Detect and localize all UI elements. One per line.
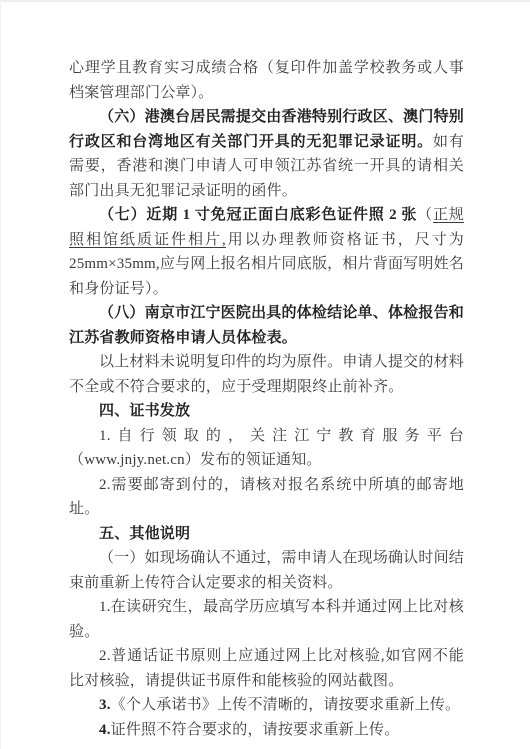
- paragraph-note-3: 3.《个人承诺书》上传不清晰的，请按要求重新上传。: [69, 693, 464, 718]
- body-text: 1.在读研究生，最高学历应填写本科并通过网上比对核验。: [69, 599, 464, 640]
- body-text: 《个人承诺书》上传不清晰的，请按要求重新上传。: [111, 697, 461, 713]
- paragraph-item-seven: （七）近期 1 寸免冠正面白底彩色证件照 2 张（正规照相馆纸质证件相片,用以办…: [69, 203, 464, 301]
- body-text-bold: （八）南京市江宁医院出具的体检结论单、体检报告和江苏省教师资格申请人员体检表。: [69, 305, 464, 346]
- paragraph-pickup-2: 2.需要邮寄到付的，请核对报名系统中所填的邮寄地址。: [69, 473, 464, 522]
- body-text-bold: （七）近期 1 寸免冠正面白底彩色证件照 2 张: [99, 207, 417, 223]
- body-text: 2.普通话证书原则上应通过网上比对核验,如官网不能比对核验，请提供证书原件和能核…: [69, 648, 464, 689]
- paragraph-continuation: 心理学且教育实习成绩合格（复印件加盖学校教务或人事档案管理部门公章）。: [69, 56, 464, 105]
- paragraph-note-1: 1.在读研究生，最高学历应填写本科并通过网上比对核验。: [69, 595, 464, 644]
- heading-text: 五、其他说明: [99, 526, 190, 542]
- body-text: 心理学且教育实习成绩合格（复印件加盖学校教务或人事档案管理部门公章）。: [69, 60, 464, 101]
- paragraph-note-4: 4.证件照不符合要求的，请按要求重新上传。: [69, 718, 464, 743]
- paragraph-other-one: （一）如现场确认不通过，需申请人在现场确认时间结束前重新上传符合认定要求的相关资…: [69, 546, 464, 595]
- body-text: 以上材料未说明复印件的均为原件。申请人提交的材料不全或不符合要求的，应于受理期限…: [69, 354, 464, 395]
- paragraph-materials-note: 以上材料未说明复印件的均为原件。申请人提交的材料不全或不符合要求的，应于受理期限…: [69, 350, 464, 399]
- section-five-heading: 五、其他说明: [69, 522, 464, 547]
- body-text: 证件照不符合要求的，请按要求重新上传。: [111, 722, 400, 738]
- document-page: 心理学且教育实习成绩合格（复印件加盖学校教务或人事档案管理部门公章）。 （六）港…: [0, 0, 530, 749]
- paragraph-pickup-1: 1.自行领取的，关注江宁教育服务平台（www.jnjy.net.cn）发布的领证…: [69, 424, 464, 473]
- paragraph-item-six: （六）港澳台居民需提交由香港特别行政区、澳门特别行政区和台湾地区有关部门开具的无…: [69, 105, 464, 203]
- body-text: 2.需要邮寄到付的，请核对报名系统中所填的邮寄地址。: [69, 477, 464, 518]
- body-text: （: [417, 207, 433, 223]
- paragraph-note-2: 2.普通话证书原则上应通过网上比对核验,如官网不能比对核验，请提供证书原件和能核…: [69, 644, 464, 693]
- section-four-heading: 四、证书发放: [69, 399, 464, 424]
- heading-text: 四、证书发放: [99, 403, 190, 419]
- paragraph-item-eight: （八）南京市江宁医院出具的体检结论单、体检报告和江苏省教师资格申请人员体检表。: [69, 301, 464, 350]
- body-text: （一）如现场确认不通过，需申请人在现场确认时间结束前重新上传符合认定要求的相关资…: [69, 550, 464, 591]
- list-number: 4.: [99, 722, 111, 738]
- list-number: 3.: [99, 697, 111, 713]
- body-text: 1.自行领取的，关注江宁教育服务平台（www.jnjy.net.cn）发布的领证…: [69, 428, 464, 469]
- body-text-bold: （六）港澳台居民需提交由香港特别行政区、澳门特别行政区和台湾地区有关部门开具的无…: [69, 109, 464, 150]
